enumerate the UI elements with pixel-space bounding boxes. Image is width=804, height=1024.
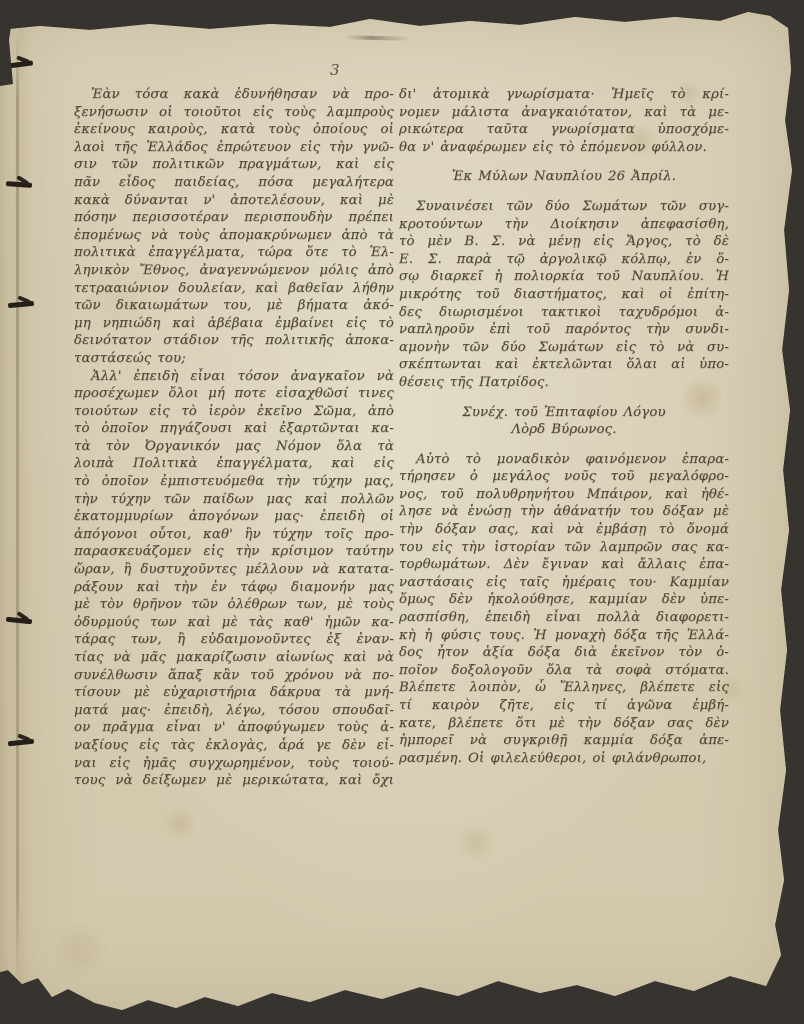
text-line: μὲ τὸν θρῆνον τῶν ὀλέθρων των, μὲ τοὺς [74, 596, 394, 614]
text-line: ρασμένη. Οἱ φιλελεύθεροι, οἱ φιλάνθρωποι… [399, 750, 729, 768]
text-line: ὀδυρμούς των καὶ μὲ τὰς καθ' ἡμῶν κα- [74, 614, 394, 632]
text-line: μη νηπιώδη καὶ ἀβέβαια ἐμβαίνει εἰς τὸ [74, 315, 394, 333]
text-line: Λὸρδ Βύρωνος. [399, 421, 729, 439]
text-line: ταστάσεώς του; [74, 350, 394, 368]
text-line: ματά μας· ἐπειδὴ, λέγω, τόσου σπουδαῖ- [74, 702, 394, 720]
text-line: ναι εἰς ἡμᾶς συγχωρημένον, τοὺς τοιού- [74, 755, 394, 773]
text-line: κακὰ δύνανται ν' ἀποτελέσουν, καὶ μὲ [74, 192, 394, 210]
text-line: κατε, βλέπετε ὅτι μὲ τὴν δόξαν σας δὲν [399, 715, 729, 733]
text-line: Συναινέσει τῶν δύο Σωμάτων τῶν συγ- [399, 198, 729, 216]
text-line: δος ἦτον ἀξία δόξα διὰ ἐκεῖνον τὸν ὁ- [399, 644, 729, 662]
text-line: τὴν δόξαν σας, καὶ νὰ ἐμβάσῃ τὸ ὄνομά [399, 521, 729, 539]
text-line: τάρας των, ἢ εὐδαιμονοῦντες ἐξ ἐναν- [74, 631, 394, 649]
text-line: πολιτικὰ ἐπαγγέλματα, τώρα ὅτε τὸ Ἑλ- [74, 244, 394, 262]
text-line: τῶν δικαιωμάτων του, μὲ βήματα ἀκό- [74, 297, 394, 315]
text-line: παρασκευάζομεν εἰς τὴν κρίσιμον ταύτην [74, 543, 394, 561]
text-line: τίας νὰ μᾶς μακαρίζωσιν αἰωνίως καὶ νὰ [74, 649, 394, 667]
text-line: τὰ τὸν Ὀργανικόν μας Νόμον ὅλα τὰ [74, 438, 394, 456]
text-line: ἐκείνους καιροὺς, κατὰ τοὺς ὁποίους οἱ [74, 121, 394, 139]
text-line: δεινότατον στάδιον τῆς πολιτικῆς ἀποκα- [74, 332, 394, 350]
text-line: σῳ διαρκεῖ ἡ πολιορκία τοῦ Ναυπλίου. Ἡ [399, 268, 729, 286]
text-line: θα ν' ἀναφέρωμεν εἰς τὸ ἑπόμενον φύλλον. [399, 139, 729, 157]
page-number: 3 [330, 61, 340, 79]
text-line: ἠμπορεῖ νὰ συγκριθῇ καμμία δόξα ἀπε- [399, 732, 729, 750]
text-line: κροτούντων τὴν Διοίκησιν ἀπεφασίσθη, [399, 216, 729, 234]
text-line: δες διωρισμένοι τακτικοὶ ταχυδρόμοι ἀ- [399, 304, 729, 322]
pencil-smudge [345, 35, 411, 41]
text-line: ληνικὸν Ἔθνος, ἀναγεννώμενον μόλις ἀπὸ [74, 262, 394, 280]
text-line: ρασπίσθη, ἐπειδὴ εἶναι πολλὰ διαφορετι- [399, 609, 729, 627]
text-line: τὸ μὲν Β. Σ. νὰ μένῃ εἰς Ἄργος, τὸ δὲ [399, 233, 729, 251]
binding-stitch [8, 301, 34, 308]
text-line: Ἀλλ' ἐπειδὴ εἶναι τόσον ἀναγκαῖον νὰ [74, 368, 394, 386]
text-line: ὅμως δὲν ἠκολούθησε, καμμίαν δὲν ὑπε- [399, 591, 729, 609]
text-line: του εἰς τὴν ἱστορίαν τῶν λαμπρῶν σας κα- [399, 539, 729, 557]
section-heading: Συνέχ. τοῦ Ἐπιταφίου ΛόγουΛὸρδ Βύρωνος. [399, 404, 729, 439]
binding-stitch [6, 181, 32, 188]
text-line: νομεν μάλιστα ἀναγκαιότατον, καὶ τὰ με- [399, 104, 729, 122]
text-line: τήρησεν ὁ μεγάλος νοῦς τοῦ μεγαλόφρο- [399, 468, 729, 486]
text-line: Ε. Σ. παρὰ τῷ ἀργολικῷ κόλπῳ, ἐν ὅ- [399, 251, 729, 269]
paragraph: Ἐὰν τόσα κακὰ ἐδυνήθησαν νὰ προ-ξενήσωσι… [74, 86, 394, 368]
text-line: τὸ ὁποῖον ἐμπιστευόμεθα τὴν τύχην μας, [74, 473, 394, 491]
paragraph: δι' ἀτομικὰ γνωρίσματα· Ἡμεῖς τὸ κρί-νομ… [399, 86, 729, 156]
text-line: Αὐτὸ τὸ μοναδικὸν φαινόμενον ἐπαρα- [399, 451, 729, 469]
text-line: ἑκατομμυρίων ἀπογόνων μας· ἐπειδὴ οἱ [74, 508, 394, 526]
text-line: Ἐὰν τόσα κακὰ ἐδυνήθησαν νὰ προ- [74, 86, 394, 104]
text-line: κὴ ἡ φύσις τους. Ἡ μοναχὴ δόξα τῆς Ἑλλά- [399, 627, 729, 645]
text-line: ναξίους εἰς τὰς ἐκλογὰς, ἆρά γε δὲν εἶ- [74, 737, 394, 755]
section-heading: Ἐκ Μύλων Ναυπλίου 26 Ἀπρίλ. [399, 168, 729, 186]
text-line: ναπληροῦν ἐπὶ τοῦ παρόντος τὴν συνδι- [399, 321, 729, 339]
text-line: τὸ ὁποῖον πηγάζουσι καὶ ἐξαρτῶνται κα- [74, 420, 394, 438]
text-line: θέσεις τῆς Πατρίδος. [399, 374, 729, 392]
paragraph: Συναινέσει τῶν δύο Σωμάτων τῶν συγ-κροτο… [399, 198, 729, 392]
text-line: τορθωμάτων. Δὲν ἔγιναν καὶ ἄλλαις ἐπα- [399, 556, 729, 574]
text-column-right: δι' ἀτομικὰ γνωρίσματα· Ἡμεῖς τὸ κρί-νομ… [399, 86, 729, 767]
text-line: πόσην περισσοτέραν περισπουδὴν πρέπει [74, 209, 394, 227]
text-line: ποῖον δοξολογοῦν ὅλα τὰ σοφὰ στόματα. [399, 662, 729, 680]
text-line: Ἐκ Μύλων Ναυπλίου 26 Ἀπρίλ. [399, 168, 729, 186]
text-line: Συνέχ. τοῦ Ἐπιταφίου Λόγου [399, 404, 729, 422]
text-line: δι' ἀτομικὰ γνωρίσματα· Ἡμεῖς τὸ κρί- [399, 86, 729, 104]
text-line: τίσουν μὲ εὐχαριστήρια δάκρυα τὰ μνή- [74, 684, 394, 702]
text-line: ξενήσωσιν οἱ τοιοῦτοι εἰς τοὺς λαμπροὺς [74, 104, 394, 122]
text-line: ναστάσαις εἰς ταῖς ἡμέραις του· Καμμίαν [399, 574, 729, 592]
binding-stitch [6, 617, 32, 625]
paragraph: Ἀλλ' ἐπειδὴ εἶναι τόσον ἀναγκαῖον νὰπροσ… [74, 368, 394, 790]
scanned-page: 3 Ἐὰν τόσα κακὰ ἐδυνήθησαν νὰ προ-ξενήσω… [0, 0, 804, 1024]
text-line: προσέχωμεν ὅλοι μή ποτε εἰσαχθῶσί τινες … [74, 385, 394, 403]
text-line: λοιπὰ Πολιτικὰ ἐπαγγέλματα, καὶ εἰς [74, 455, 394, 473]
paragraph: Αὐτὸ τὸ μοναδικὸν φαινόμενον ἐπαρα-τήρησ… [399, 451, 729, 768]
text-line: ρικώτερα ταῦτα γνωρίσματα ὑποσχόμε- [399, 121, 729, 139]
binding-stitch [8, 739, 34, 747]
text-line: Βλέπετε λοιπὸν, ὦ Ἕλληνες, βλέπετε εἰς [399, 679, 729, 697]
text-line: τὴν τύχην τῶν παίδων μας καὶ πολλῶν [74, 491, 394, 509]
text-column-left: Ἐὰν τόσα κακὰ ἐδυνήθησαν νὰ προ-ξενήσωσι… [74, 86, 394, 790]
text-line: τους νὰ δείξωμεν μὲ μερικώτατα, καὶ ὄχι [74, 772, 394, 790]
text-line: πᾶν εἶδος παιδείας, πόσα μεγαλήτερα [74, 174, 394, 192]
binding-gutter-crease [16, 26, 19, 994]
text-line: ἀπόγονοι οὗτοι, καθ' ἣν τύχην τοῖς προ- [74, 526, 394, 544]
text-line: τοιούτων εἰς τὸ ἱερὸν ἐκεῖνο Σῶμα, ἀπὸ [74, 403, 394, 421]
text-line: τί καιρὸν ζῆτε, εἰς τί ἀγῶνα ἐμβή- [399, 697, 729, 715]
binding-stitch [36, 13, 62, 24]
paper-sheet: 3 Ἐὰν τόσα κακὰ ἐδυνήθησαν νὰ προ-ξενήσω… [0, 0, 804, 1024]
text-line: νος, τοῦ πολυθρηνήτου Μπάιρον, καὶ ἠθέ- [399, 486, 729, 504]
text-line: λησε νὰ ἑνώσῃ τὴν ἀθάνατήν του δόξαν μὲ [399, 503, 729, 521]
text-line: τετρααιώνιον δουλείαν, καὶ βαθεῖαν λήθην [74, 280, 394, 298]
text-line: σιν τῶν πολιτικῶν πραγμάτων, καὶ εἰς [74, 156, 394, 174]
text-line: συνέλθωσιν ἅπαξ κἂν τοῦ χρόνου νὰ πο- [74, 667, 394, 685]
text-line: σκέπτωνται καὶ ἐκτελῶνται ὅλαι αἱ ὑπο- [399, 356, 729, 374]
text-line: ον πρᾶγμα εἶναι ν' ἀποφύγωμεν τοὺς ἀ- [74, 719, 394, 737]
text-line: ράξουν καὶ τὴν ἐν τάφῳ διαμονήν μας [74, 579, 394, 597]
text-line: λαοὶ τῆς Ἑλλάδος ἐπρώτευον εἰς τὴν γνῶ- [74, 139, 394, 157]
text-line: αμονὴν τῶν δύο Σωμάτων εἰς τὸ νὰ συ- [399, 339, 729, 357]
text-line: ὥραν, ἢ δυστυχοῦντες μέλλουν νὰ κατατα- [74, 561, 394, 579]
text-line: μικρότης τοῦ διαστήματος, καὶ οἱ ἐπίτη- [399, 286, 729, 304]
text-line: ἑπομένως νὰ τοὺς ἀπομακρύνωμεν ἀπὸ τὰ [74, 227, 394, 245]
